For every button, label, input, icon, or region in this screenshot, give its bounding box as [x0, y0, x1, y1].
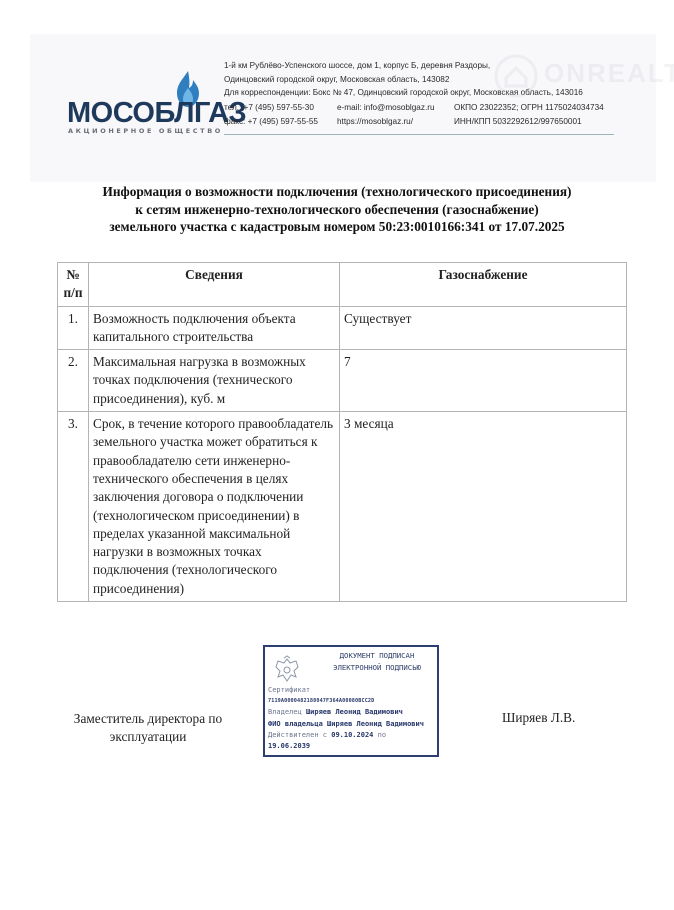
company-logo-text: МОСОБЛГАЗ	[67, 97, 246, 130]
owner-value: Ширяев Леонид Вадимович	[306, 708, 403, 716]
email-link[interactable]: e-mail: info@mosoblgaz.ru	[337, 101, 435, 115]
info-table: № п/п Сведения Газоснабжение 1. Возможно…	[57, 262, 627, 602]
valid-from: 09.10.2024	[331, 731, 373, 739]
okpo-ogrn: ОКПО 23022352; ОГРН 1175024034734	[454, 101, 604, 115]
row-gas: Существует	[340, 306, 627, 350]
signatory-position: Заместитель директора по эксплуатации	[60, 710, 236, 746]
signatory-name: Ширяев Л.В.	[502, 710, 575, 726]
fio-value: Ширяев Леонид Вадимович	[327, 720, 424, 728]
valid-to-label: по	[378, 731, 386, 739]
table-row: 3. Срок, в течение которого правообладат…	[58, 412, 627, 602]
valid-label: Действителен с	[268, 731, 327, 739]
coat-of-arms-icon	[273, 655, 301, 685]
row-num: 2.	[58, 350, 89, 412]
fax: факс: +7 (495) 597-55-55	[224, 115, 318, 129]
cert-number: 7119A0000482188047F364A00080BCC2D	[268, 696, 436, 707]
table-row: 2. Максимальная нагрузка в возможных точ…	[58, 350, 627, 412]
document-title: Информация о возможности подключения (те…	[0, 183, 674, 236]
stamp-header: ДОКУМЕНТ ПОДПИСАН ЭЛЕКТРОННОЙ ПОДПИСЬЮ	[317, 650, 437, 673]
header-info: Сведения	[89, 263, 340, 307]
table-header-row: № п/п Сведения Газоснабжение	[58, 263, 627, 307]
row-info: Срок, в течение которого правообладатель…	[89, 412, 340, 602]
fio-label: ФИО владельца	[268, 720, 323, 728]
header-gas: Газоснабжение	[340, 263, 627, 307]
row-gas: 7	[340, 350, 627, 412]
title-line: Информация о возможности подключения (те…	[0, 183, 674, 201]
phone: тел.: +7 (495) 597-55-30	[224, 101, 318, 115]
watermark: ONREALT	[492, 54, 674, 102]
owner-label: Владелец	[268, 708, 302, 716]
header-num: № п/п	[58, 263, 89, 307]
watermark-text: ONREALT	[544, 58, 674, 89]
row-num: 1.	[58, 306, 89, 350]
inn-kpp: ИНН/КПП 5032292612/997650001	[454, 115, 604, 129]
row-num: 3.	[58, 412, 89, 602]
valid-to: 19.06.2039	[268, 742, 310, 750]
table-row: 1. Возможность подключения объекта капит…	[58, 306, 627, 350]
row-gas: 3 месяца	[340, 412, 627, 602]
row-info: Возможность подключения объекта капиталь…	[89, 306, 340, 350]
letterhead: МОСОБЛГАЗ АКЦИОНЕРНОЕ ОБЩЕСТВО 1-й км Ру…	[30, 34, 656, 182]
letterhead-divider	[224, 134, 614, 135]
title-line: земельного участка с кадастровым номером…	[0, 218, 674, 236]
row-info: Максимальная нагрузка в возможных точках…	[89, 350, 340, 412]
stamp-body: Сертификат 7119A0000482188047F364A00080B…	[268, 685, 436, 752]
cert-label: Сертификат	[268, 685, 436, 696]
website-link[interactable]: https://mosoblgaz.ru/	[337, 115, 435, 129]
company-subtitle: АКЦИОНЕРНОЕ ОБЩЕСТВО	[68, 127, 223, 135]
title-line: к сетям инженерно-технологического обесп…	[0, 201, 674, 219]
house-icon	[494, 54, 538, 98]
e-signature-stamp: ДОКУМЕНТ ПОДПИСАН ЭЛЕКТРОННОЙ ПОДПИСЬЮ С…	[263, 645, 439, 757]
